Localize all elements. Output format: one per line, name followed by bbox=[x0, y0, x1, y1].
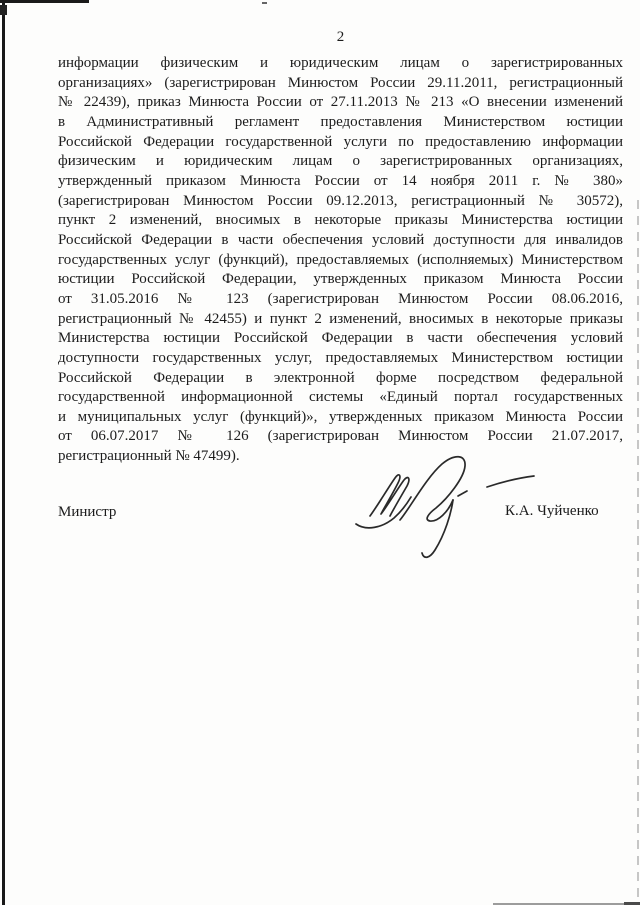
body-line: пункт 2 изменений, вносимых в некоторые … bbox=[58, 211, 623, 231]
body-line: (зарегистрирован Минюстом России 09.12.2… bbox=[58, 192, 623, 212]
document-page: 2 информации физическим и юридическим ли… bbox=[0, 0, 640, 905]
page-number: 2 bbox=[58, 29, 623, 46]
body-paragraph: информации физическим и юридическим лица… bbox=[58, 54, 623, 467]
body-line: Министерства юстиции Российской Федераци… bbox=[58, 329, 623, 349]
body-line: от 06.07.2017 № 126 (зарегистрирован Мин… bbox=[58, 427, 623, 447]
body-line: Российской Федерации государственной усл… bbox=[58, 133, 623, 153]
body-line: информации физическим и юридическим лица… bbox=[58, 54, 623, 74]
signer-name: К.А. Чуйченко bbox=[505, 503, 599, 520]
scan-right-border bbox=[637, 200, 639, 905]
scan-left-corner-notch bbox=[0, 5, 7, 15]
body-line: от 31.05.2016 № 123 (зарегистрирован Мин… bbox=[58, 290, 623, 310]
body-line: доступности государственных услуг, предо… bbox=[58, 349, 623, 369]
signer-title: Министр bbox=[58, 504, 116, 521]
body-line: государственных услуг (функций), предост… bbox=[58, 251, 623, 271]
body-line: и муниципальных услуг (функций)», утверж… bbox=[58, 408, 623, 428]
body-line: юстиции Российской Федерации, утвержденн… bbox=[58, 270, 623, 290]
body-line: в Административный регламент предоставле… bbox=[58, 113, 623, 133]
body-line: Российской Федерации в электронной форме… bbox=[58, 369, 623, 389]
body-line: утвержденный приказом Минюста России от … bbox=[58, 172, 623, 192]
body-line: государственной информационной системы «… bbox=[58, 388, 623, 408]
body-line: регистрационный № 42455) и пункт 2 измен… bbox=[58, 310, 623, 330]
scan-left-border bbox=[2, 0, 5, 905]
scan-top-speck bbox=[262, 2, 267, 4]
scan-top-border bbox=[0, 0, 89, 3]
body-line: Российской Федерации в части обеспечения… bbox=[58, 231, 623, 251]
body-line: организациях» (зарегистрирован Минюстом … bbox=[58, 74, 623, 94]
body-line: физическим и юридическим лицам о зарегис… bbox=[58, 152, 623, 172]
body-line: № 22439), приказ Минюста России от 27.11… bbox=[58, 93, 623, 113]
